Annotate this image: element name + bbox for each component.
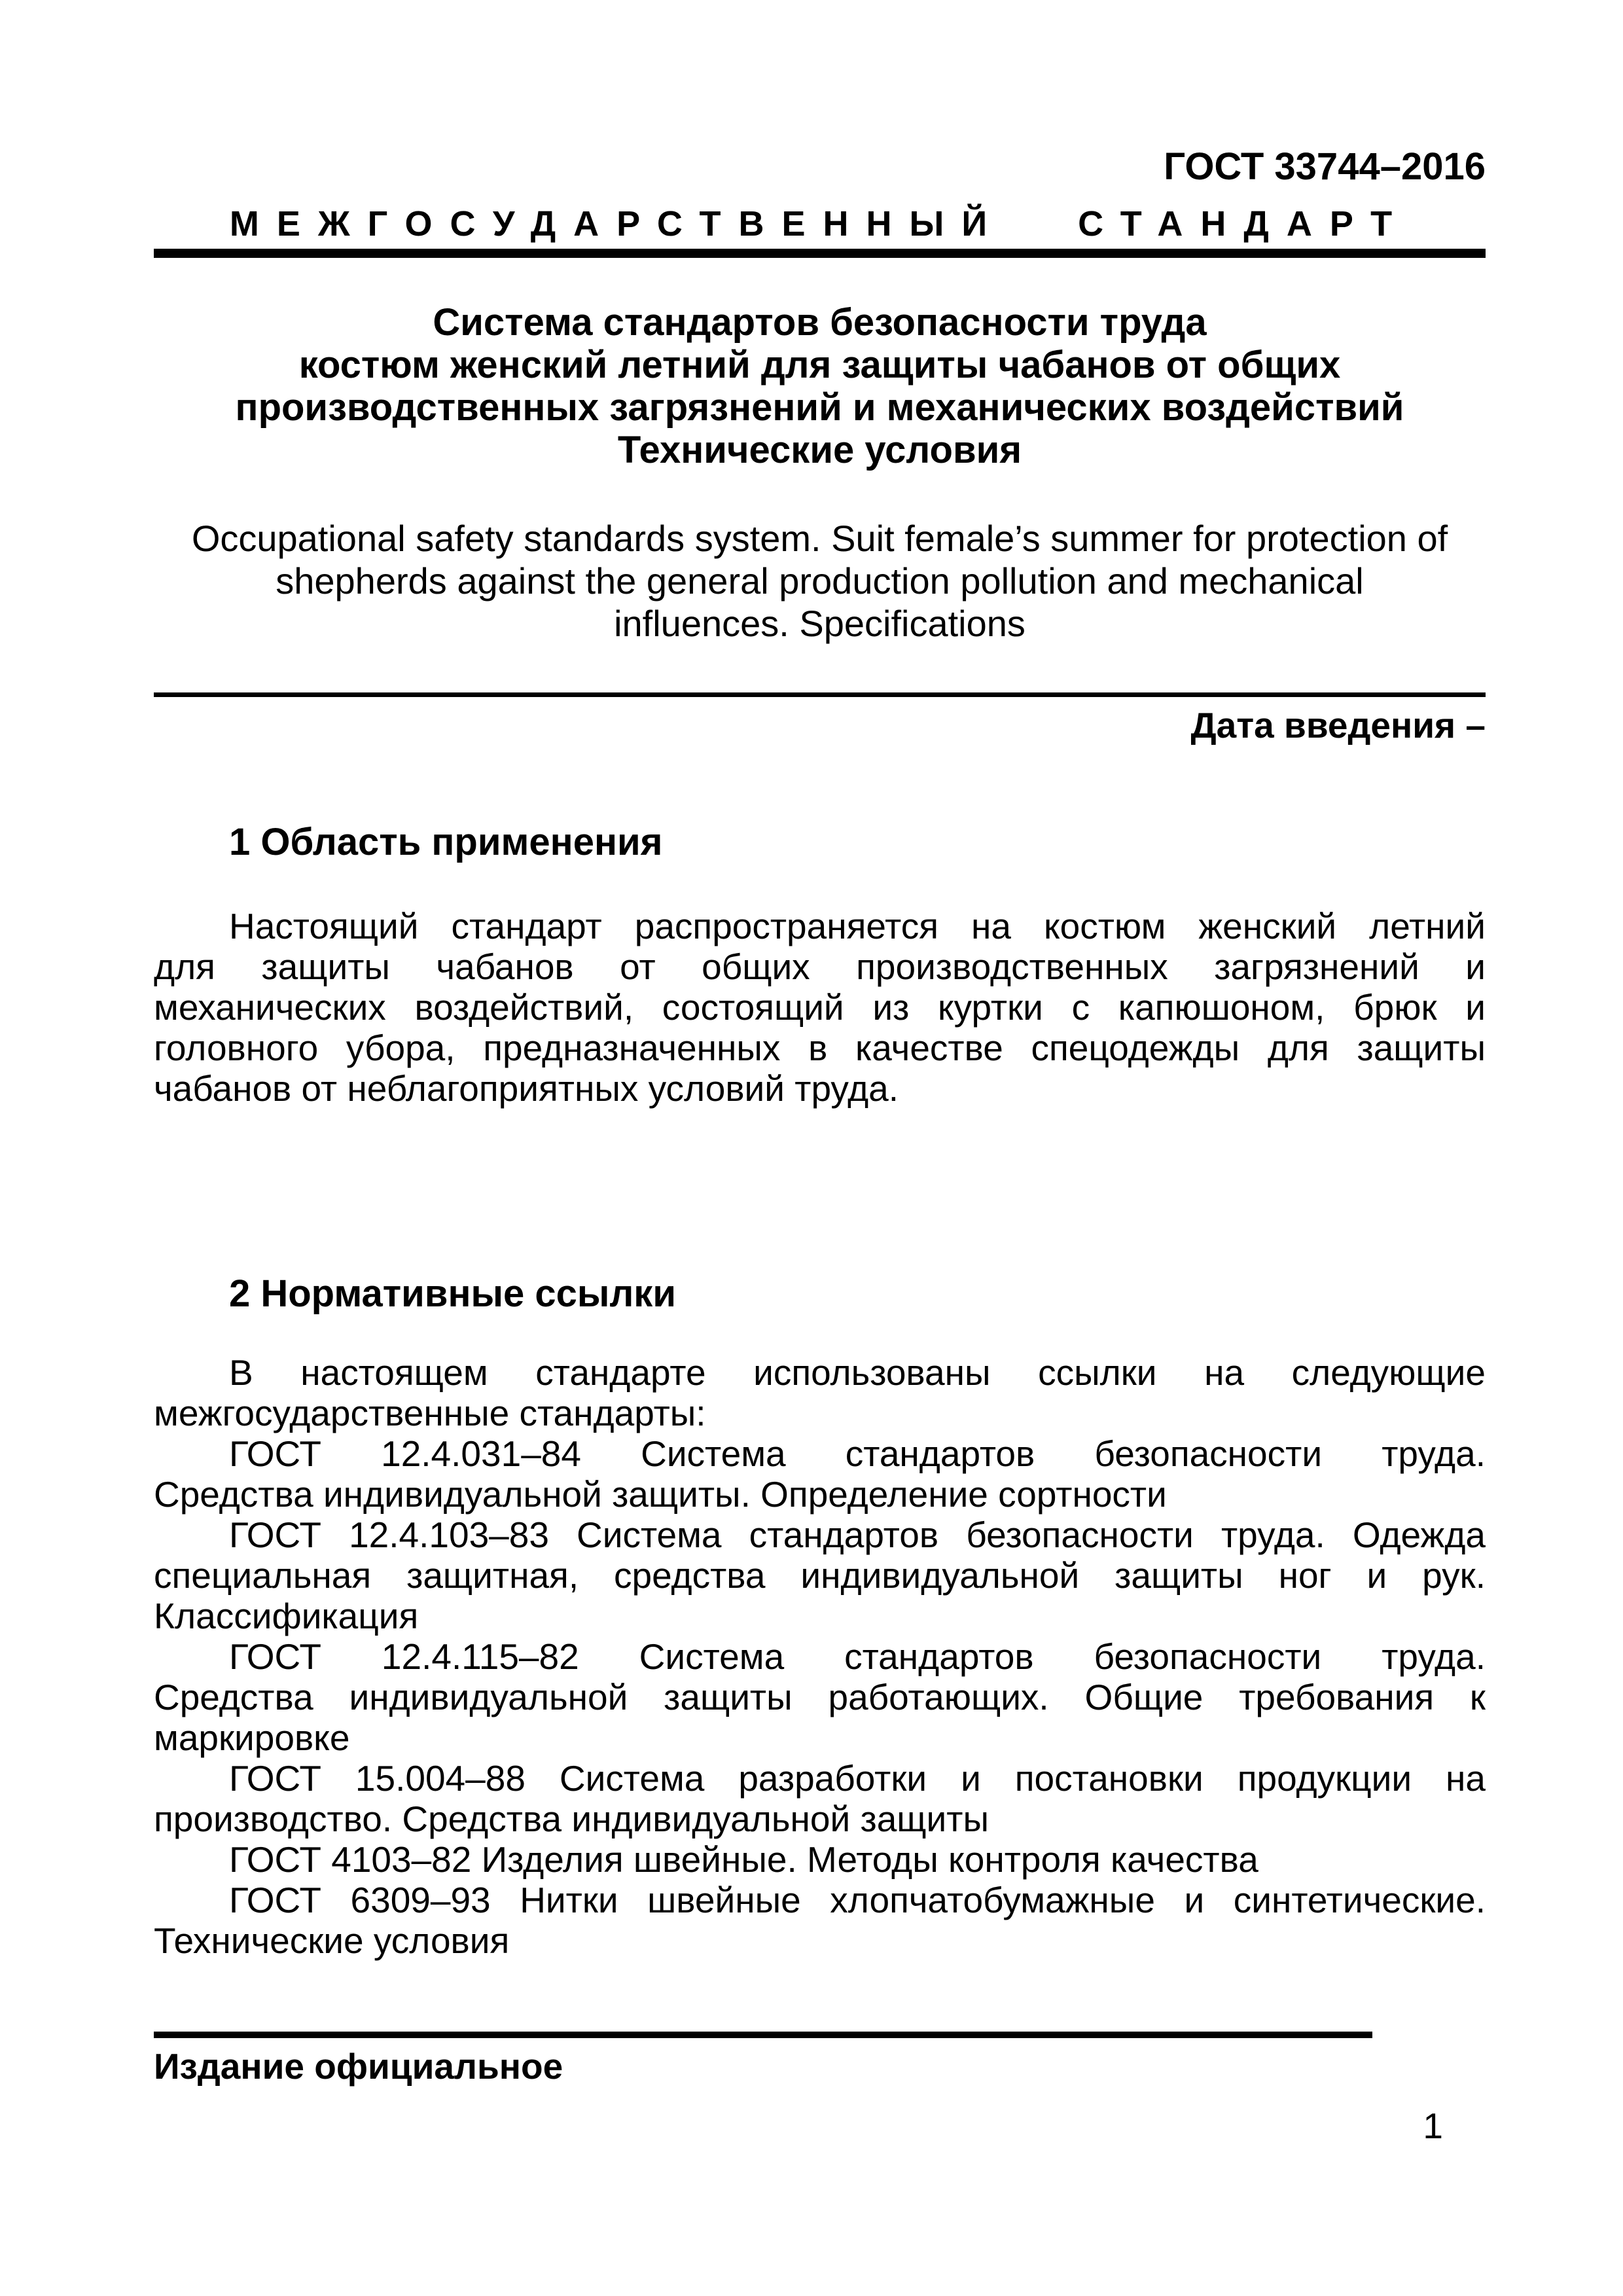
text-line: Средства индивидуальной защиты работающи…: [154, 1677, 1486, 1717]
text-line: производственных загрязнений и механичес…: [154, 386, 1486, 429]
section-1-heading: 1 Область применения: [154, 822, 1486, 863]
text-line: специальная защитная, средства индивидуа…: [154, 1555, 1486, 1596]
text-line: маркировке: [154, 1717, 1486, 1758]
title-english: Occupational safety standards system. Su…: [154, 517, 1486, 645]
introduction-date-rule: [154, 692, 1486, 697]
text-line: ГОСТ 12.4.031–84 Система стандартов безо…: [154, 1433, 1486, 1474]
text-line: межгосударственные стандарты:: [154, 1393, 1486, 1433]
text-line: для защиты чабанов от общих производстве…: [154, 946, 1486, 987]
text-line: механических воздействий, состоящий из к…: [154, 987, 1486, 1028]
text-line: shepherds against the general production…: [154, 560, 1486, 602]
section-2-body: В настоящем стандарте использованы ссылк…: [154, 1352, 1486, 1961]
document-page: ГОСТ 33744–2016 МЕЖГОСУДАРСТВЕННЫЙ СТАНД…: [0, 0, 1623, 2296]
section-2-heading: 2 Нормативные ссылки: [154, 1274, 1486, 1314]
introduction-date-label: Дата введения –: [154, 706, 1486, 745]
text-line: ГОСТ 12.4.115–82 Система стандартов безо…: [154, 1636, 1486, 1677]
text-line: чабанов от неблагоприятных условий труда…: [154, 1068, 1486, 1109]
text-line: костюм женский летний для защиты чабанов…: [154, 344, 1486, 386]
header-rule: [154, 249, 1486, 258]
text-line: Классификация: [154, 1596, 1486, 1636]
text-line: Технические условия: [154, 1920, 1486, 1961]
text-line: производство. Средства индивидуальной за…: [154, 1799, 1486, 1839]
section-1-body: Настоящий стандарт распространяется на к…: [154, 906, 1486, 1109]
text-line: Система стандартов безопасности труда: [154, 301, 1486, 344]
text-line: Настоящий стандарт распространяется на к…: [154, 906, 1486, 946]
text-line: головного убора, предназначенных в качес…: [154, 1028, 1486, 1068]
text-line: В настоящем стандарте использованы ссылк…: [154, 1352, 1486, 1393]
text-line: Occupational safety standards system. Su…: [154, 517, 1486, 560]
footer-rule: [154, 2032, 1372, 2038]
doc-number: ГОСТ 33744–2016: [154, 145, 1486, 188]
official-edition-note: Издание официальное: [154, 2046, 1486, 2087]
text-line: influences. Specifications: [154, 602, 1486, 645]
text-line: ГОСТ 15.004–88 Система разработки и пост…: [154, 1758, 1486, 1799]
page-number: 1: [154, 2106, 1486, 2146]
text-line: ГОСТ 6309–93 Нитки швейные хлопчатобумаж…: [154, 1880, 1486, 1920]
standard-type-label: МЕЖГОСУДАРСТВЕННЫЙ СТАНДАРТ: [154, 204, 1486, 243]
text-line: Технические условия: [154, 429, 1486, 471]
title-russian: Система стандартов безопасности трудакос…: [154, 301, 1486, 471]
text-line: ГОСТ 4103–82 Изделия швейные. Методы кон…: [154, 1839, 1486, 1880]
text-line: Средства индивидуальной защиты. Определе…: [154, 1474, 1486, 1515]
text-line: ГОСТ 12.4.103–83 Система стандартов безо…: [154, 1515, 1486, 1555]
